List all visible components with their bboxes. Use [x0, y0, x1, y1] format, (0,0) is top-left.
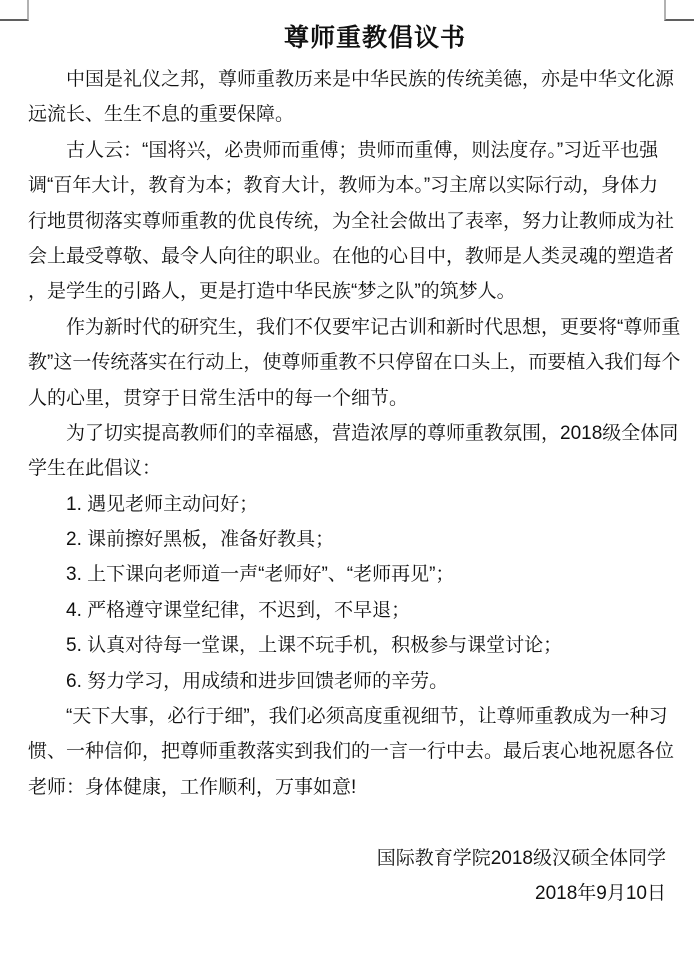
- proposal-item: 1. 遇见老师主动问好；: [28, 487, 666, 522]
- text-line: 作为新时代的研究生，我们不仅要牢记古训和新时代思想，更要将“尊师重: [28, 310, 666, 345]
- text-line: 会上最受尊敬、最令人向往的职业。在他的心目中，教师是人类灵魂的塑造者: [28, 239, 666, 274]
- document-body: 尊师重教倡议书 中国是礼仪之邦，尊师重教历来是中华民族的传统美德，亦是中华文化源…: [28, 14, 666, 911]
- document-page: 尊师重教倡议书 中国是礼仪之邦，尊师重教历来是中华民族的传统美德，亦是中华文化源…: [0, 0, 694, 960]
- crop-mark-top-right: [664, 0, 694, 21]
- proposal-item: 3. 上下课向老师道一声“老师好”、“老师再见”；: [28, 557, 666, 592]
- proposal-item: 2. 课前擦好黑板，准备好教具；: [28, 522, 666, 557]
- text-line: 行地贯彻落实尊师重教的优良传统，为全社会做出了表率，努力让教师成为社: [28, 204, 666, 239]
- crop-mark-top-left: [0, 0, 29, 21]
- text-line: 惯、一种信仰，把尊师重教落实到我们的一言一行中去。最后衷心地祝愿各位: [28, 734, 666, 769]
- text-line: 为了切实提高教师们的幸福感，营造浓厚的尊师重教氛围，2018级全体同: [28, 416, 666, 451]
- text-line: 远流长、生生不息的重要保障。: [28, 97, 666, 132]
- proposal-item: 6. 努力学习，用成绩和进步回馈老师的辛劳。: [28, 664, 666, 699]
- document-title: 尊师重教倡议书: [84, 14, 666, 62]
- signature-line: 国际教育学院2018级汉硕全体同学: [28, 841, 666, 876]
- text-line: 古人云：“国将兴，必贵师而重傅；贵师而重傅，则法度存。”习近平也强: [28, 133, 666, 168]
- text-line: “天下大事，必行于细”，我们必须高度重视细节，让尊师重教成为一种习: [28, 699, 666, 734]
- date-line: 2018年9月10日: [28, 876, 666, 911]
- proposal-item: 4. 严格遵守课堂纪律，不迟到，不早退；: [28, 593, 666, 628]
- text-line: 人的心里，贯穿于日常生活中的每一个细节。: [28, 381, 666, 416]
- text-line: 老师：身体健康，工作顺利，万事如意!: [28, 770, 666, 805]
- text-line: ，是学生的引路人，更是打造中华民族“梦之队”的筑梦人。: [28, 274, 666, 309]
- text-line: 中国是礼仪之邦，尊师重教历来是中华民族的传统美德，亦是中华文化源: [28, 62, 666, 97]
- text-line: 调“百年大计，教育为本；教育大计，教师为本。”习主席以实际行动，身体力: [28, 168, 666, 203]
- text-line: 教”这一传统落实在行动上，使尊师重教不只停留在口头上，而要植入我们每个: [28, 345, 666, 380]
- proposal-item: 5. 认真对待每一堂课，上课不玩手机，积极参与课堂讨论；: [28, 628, 666, 663]
- paragraphs-container: 中国是礼仪之邦，尊师重教历来是中华民族的传统美德，亦是中华文化源远流长、生生不息…: [28, 62, 666, 805]
- text-line: 学生在此倡议：: [28, 451, 666, 486]
